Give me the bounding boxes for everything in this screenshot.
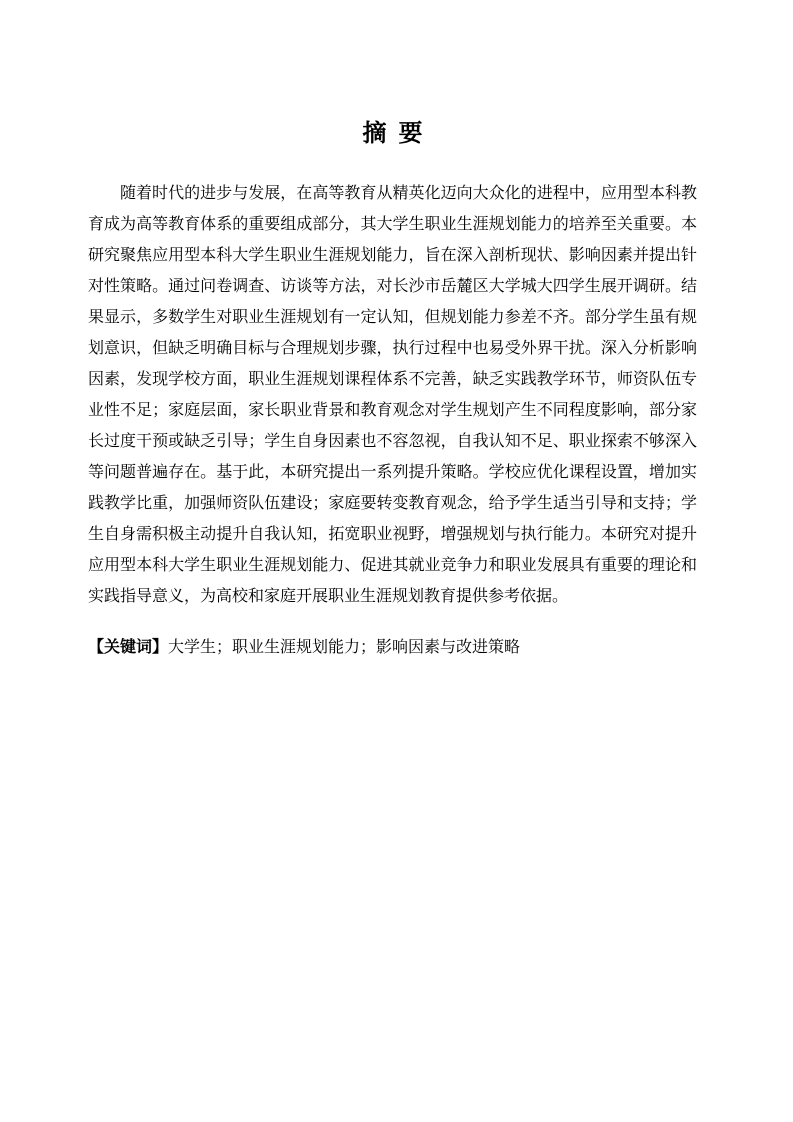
abstract-paragraph: 随着时代的进步与发展，在高等教育从精英化迈向大众化的进程中，应用型本科教育成为高…	[88, 178, 697, 612]
page-title: 摘 要	[88, 118, 697, 151]
keywords-text: 大学生；职业生涯规划能力；影响因素与改进策略	[168, 639, 520, 656]
document-page: 摘 要 随着时代的进步与发展，在高等教育从精英化迈向大众化的进程中，应用型本科教…	[0, 0, 793, 1122]
keywords-label: 【关键词】	[88, 639, 168, 656]
keywords-line: 【关键词】大学生；职业生涯规划能力；影响因素与改进策略	[88, 632, 697, 663]
